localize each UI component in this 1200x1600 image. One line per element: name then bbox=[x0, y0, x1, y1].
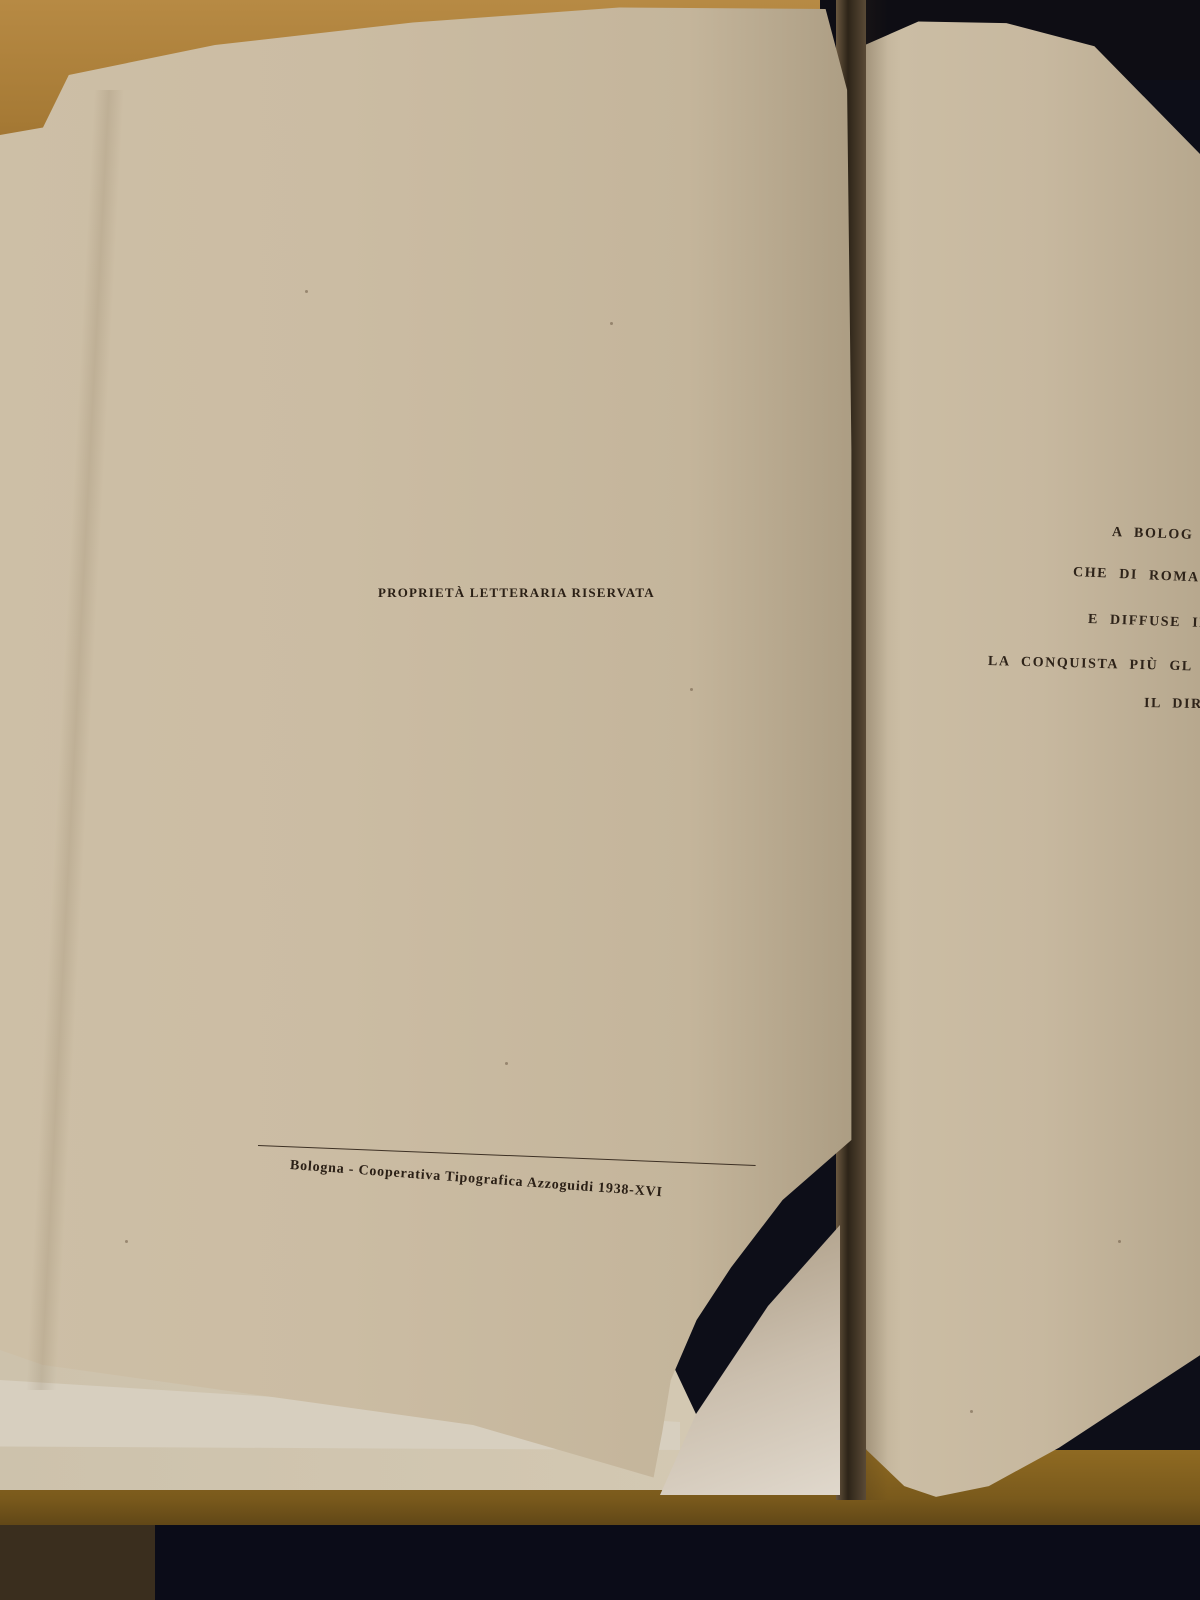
paper-speck bbox=[970, 1410, 973, 1413]
paper-speck bbox=[125, 1240, 128, 1243]
dedication-line: A BOLOG bbox=[1112, 525, 1194, 544]
floor-corner bbox=[0, 1525, 155, 1600]
paper-speck bbox=[690, 688, 693, 691]
paper-speck bbox=[505, 1062, 508, 1065]
left-page bbox=[0, 0, 860, 1500]
paper-speck bbox=[610, 322, 613, 325]
right-page bbox=[848, 0, 1200, 1540]
paper-speck bbox=[1118, 1240, 1121, 1243]
photo-scene: PROPRIETÀ LETTERARIA RISERVATA Bologna -… bbox=[0, 0, 1200, 1600]
copyright-notice: PROPRIETÀ LETTERARIA RISERVATA bbox=[378, 585, 655, 601]
paper-speck bbox=[305, 290, 308, 293]
dark-background-bottom bbox=[155, 1525, 1200, 1600]
dedication-line: IL DIRI bbox=[1144, 696, 1200, 713]
